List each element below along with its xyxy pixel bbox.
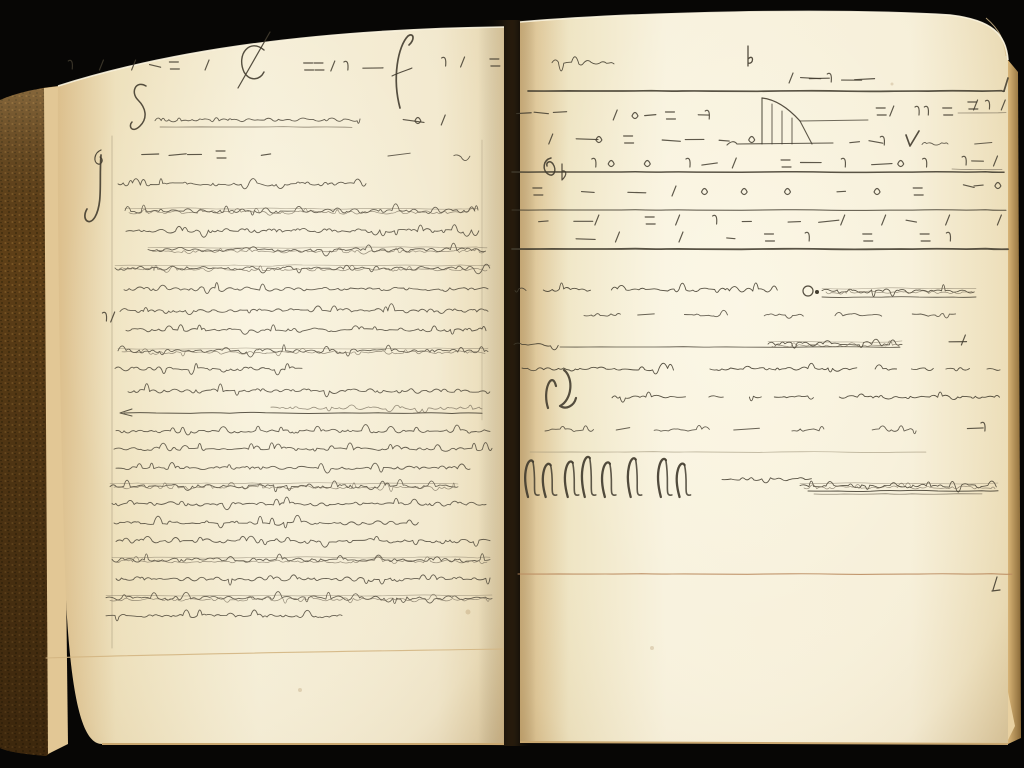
open-notebook xyxy=(0,0,1024,768)
notation-mark xyxy=(967,428,983,429)
right-page-vignette xyxy=(520,11,1008,744)
ruled-line xyxy=(512,172,1004,173)
ink-dot xyxy=(815,290,819,294)
foxing-speck xyxy=(298,688,302,692)
foxing-speck xyxy=(891,83,894,86)
notation-mark xyxy=(576,139,598,140)
foxing-speck xyxy=(650,646,654,650)
ruled-line xyxy=(518,574,1012,575)
notation-mark xyxy=(727,238,735,239)
ruled-line xyxy=(160,127,352,128)
notation-mark xyxy=(553,112,566,113)
left-page-vignette xyxy=(58,27,504,744)
notation-mark xyxy=(142,154,159,155)
notation-mark xyxy=(837,191,846,192)
notation-mark xyxy=(576,239,595,240)
ruled-line xyxy=(528,91,1004,92)
manuscript-photo xyxy=(0,0,1024,768)
foxing-speck xyxy=(466,610,471,615)
notation-mark xyxy=(539,221,548,222)
ruled-line xyxy=(512,249,1008,250)
gutter-shadow xyxy=(478,20,536,746)
